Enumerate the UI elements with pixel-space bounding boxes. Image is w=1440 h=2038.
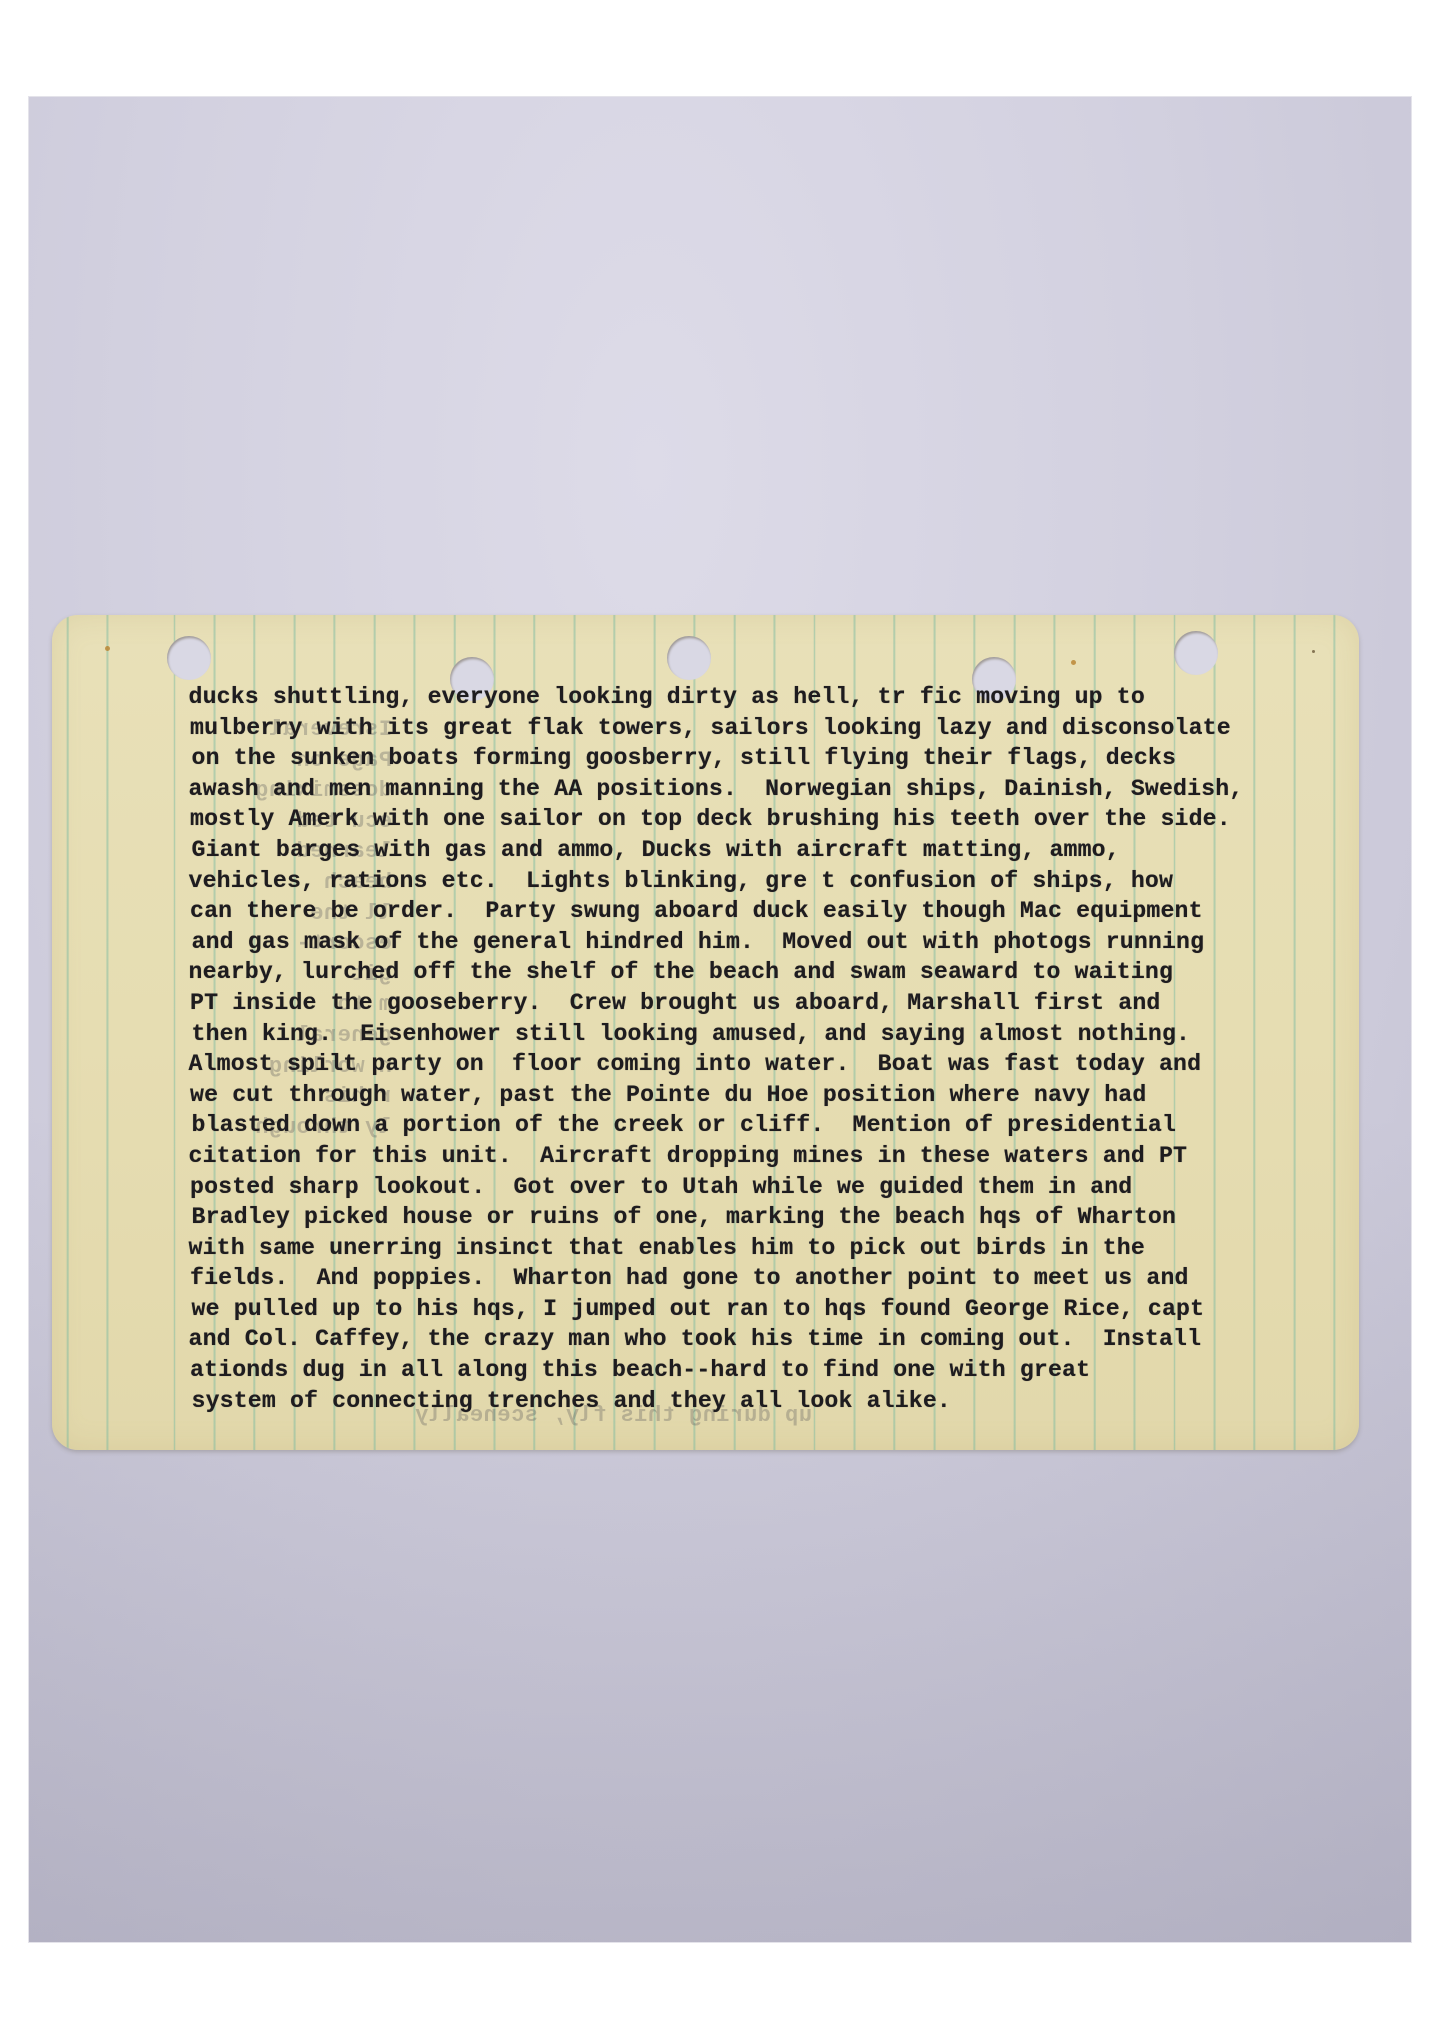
typed-line: awash and men manning the AA positions. … xyxy=(189,774,1360,805)
typed-line: and Col. Caffey, the crazy man who took … xyxy=(189,1324,1360,1355)
typed-line: nearby, lurched off the shelf of the bea… xyxy=(189,957,1360,988)
ink-speck xyxy=(1312,650,1315,653)
typed-line: ducks shuttling, everyone looking dirty … xyxy=(189,682,1360,713)
typed-line: ationds dug in all along this beach--har… xyxy=(190,1355,1359,1386)
typed-line: can there be order. Party swung aboard d… xyxy=(190,896,1359,927)
typed-line: with same unerring insinct that enables … xyxy=(189,1233,1360,1264)
punch-hole-icon xyxy=(667,636,711,680)
typed-line: Almost spilt party on floor coming into … xyxy=(189,1049,1360,1080)
typed-line: posted sharp lookout. Got over to Utah w… xyxy=(190,1172,1359,1203)
typed-line: mostly Amerk with one sailor on top deck… xyxy=(190,804,1359,835)
typed-line: we cut through water, past the Pointe du… xyxy=(190,1080,1359,1111)
typed-line: and gas mask of the general hindred him.… xyxy=(192,927,1360,958)
punch-hole-icon xyxy=(167,636,211,680)
typed-line: Bradley picked house or ruins of one, ma… xyxy=(192,1202,1360,1233)
typed-line: system of connecting trenches and they a… xyxy=(192,1386,1360,1417)
typed-line: citation for this unit. Aircraft droppin… xyxy=(189,1141,1360,1172)
typed-line: mulberry with its great flak towers, sai… xyxy=(190,713,1359,744)
typed-line: blasted down a portion of the creek or c… xyxy=(192,1110,1360,1141)
rust-stain xyxy=(105,646,110,651)
typed-line: PT inside the gooseberry. Crew brought u… xyxy=(190,988,1359,1019)
typed-line: vehicles, rations etc. Lights blinking, … xyxy=(189,866,1360,897)
typed-line: we pulled up to his hqs, I jumped out ra… xyxy=(192,1294,1360,1325)
typewritten-text: ducks shuttling, everyone looking dirty … xyxy=(190,682,1359,1416)
typed-line: on the sunken boats forming goosberry, s… xyxy=(192,743,1360,774)
typed-line: then king. Eisenhower still looking amus… xyxy=(192,1019,1360,1050)
index-card: Isreveral Page on dossmixing ecu ted lea… xyxy=(52,615,1359,1450)
punch-hole-icon xyxy=(1174,631,1218,675)
rust-stain xyxy=(1071,660,1076,665)
typed-line: fields. And poppies. Wharton had gone to… xyxy=(190,1263,1359,1294)
typed-line: Giant barges with gas and ammo, Ducks wi… xyxy=(192,835,1360,866)
